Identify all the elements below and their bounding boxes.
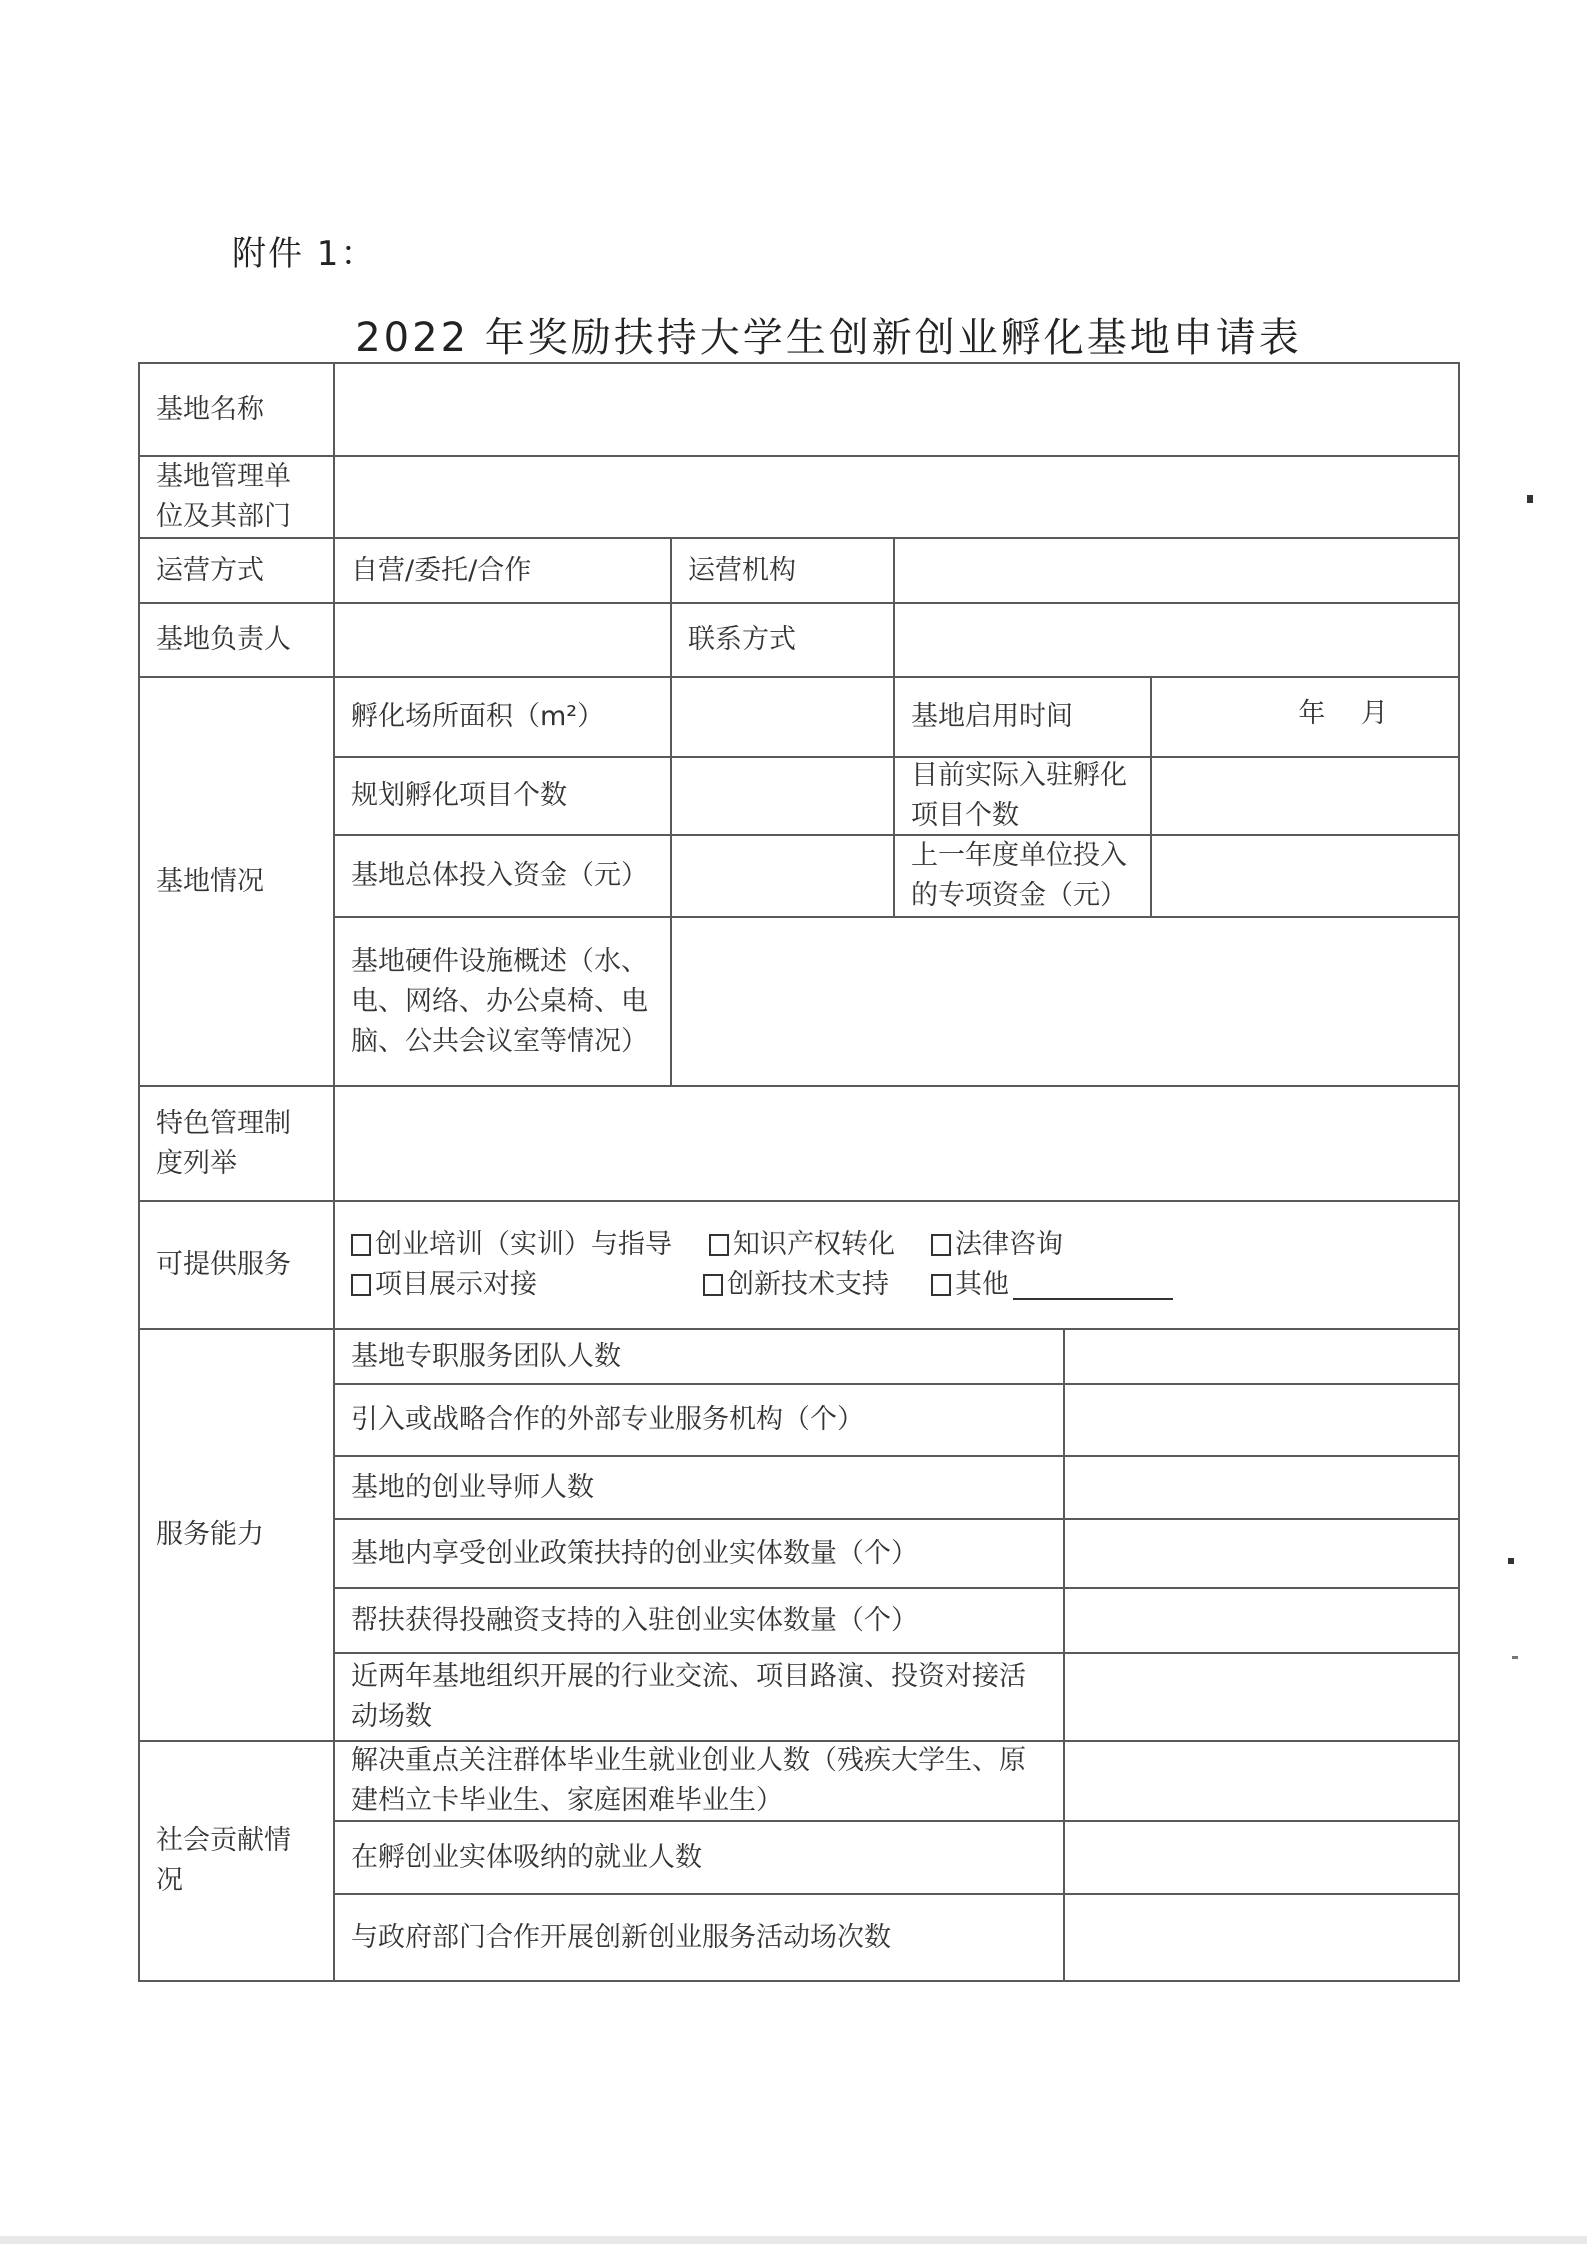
management-system-label: 特色管理制度列举 (138, 1085, 335, 1202)
service-option-training[interactable]: 创业培训（实训）与指导 (351, 1225, 709, 1265)
capability-item-label: 基地专职服务团队人数 (333, 1328, 1065, 1385)
capability-item-field[interactable] (1063, 1518, 1460, 1589)
operation-mode-field[interactable]: 自营/委托/合作 (333, 537, 672, 604)
service-option-ip-transfer[interactable]: 知识产权转化 (709, 1225, 931, 1265)
checkbox-icon[interactable] (709, 1234, 729, 1256)
application-form-table: 基地名称 基地管理单位及其部门 运营方式 自营/委托/合作 运营机构 基地负责人… (0, 0, 1587, 2244)
operation-org-field[interactable] (893, 537, 1460, 604)
capability-item-label: 近两年基地组织开展的行业交流、项目路演、投资对接活动场数 (333, 1652, 1065, 1742)
capability-item-label: 基地内享受创业政策扶持的创业实体数量（个） (333, 1518, 1065, 1589)
leader-field[interactable] (333, 602, 672, 678)
service-option-project-showcase[interactable]: 项目展示对接 (351, 1265, 703, 1305)
checkbox-icon[interactable] (703, 1274, 723, 1296)
social-contribution-section-label: 社会贡献情况 (138, 1740, 335, 1982)
other-service-input[interactable] (1013, 1270, 1173, 1300)
contribution-item-label: 在孵创业实体吸纳的就业人数 (333, 1820, 1065, 1895)
service-option-legal[interactable]: 法律咨询 (931, 1225, 1063, 1265)
capability-item-field[interactable] (1063, 1652, 1460, 1742)
contribution-item-field[interactable] (1063, 1820, 1460, 1895)
last-year-fund-field[interactable] (1150, 834, 1460, 918)
checkbox-icon[interactable] (351, 1274, 371, 1296)
start-time-field[interactable]: 年 月 (1150, 676, 1460, 758)
leader-label: 基地负责人 (138, 602, 335, 678)
total-investment-label: 基地总体投入资金（元） (333, 834, 672, 918)
area-label: 孵化场所面积（m²） (333, 676, 672, 758)
total-investment-field[interactable] (670, 834, 895, 918)
scan-bottom-edge (0, 2236, 1587, 2244)
services-row-2: 项目展示对接 创新技术支持 其他 (351, 1265, 1173, 1305)
capability-item-field[interactable] (1063, 1328, 1460, 1385)
hardware-label: 基地硬件设施概述（水、电、网络、办公桌椅、电脑、公共会议室等情况） (333, 916, 672, 1087)
capability-item-field[interactable] (1063, 1383, 1460, 1457)
capability-item-field[interactable] (1063, 1587, 1460, 1654)
operation-mode-label: 运营方式 (138, 537, 335, 604)
service-option-tech-support[interactable]: 创新技术支持 (703, 1265, 931, 1305)
planned-projects-field[interactable] (670, 756, 895, 836)
services-row-1: 创业培训（实训）与指导 知识产权转化 法律咨询 (351, 1225, 1063, 1265)
scan-artifact-mark (1527, 495, 1533, 503)
scan-artifact-mark (1508, 1558, 1514, 1564)
checkbox-icon[interactable] (931, 1234, 951, 1256)
checkbox-icon[interactable] (351, 1234, 371, 1256)
base-name-label: 基地名称 (138, 362, 335, 457)
service-option-other[interactable]: 其他 (931, 1265, 1173, 1305)
management-system-field[interactable] (333, 1085, 1460, 1202)
actual-projects-field[interactable] (1150, 756, 1460, 836)
capability-item-field[interactable] (1063, 1455, 1460, 1520)
contribution-item-label: 与政府部门合作开展创新创业服务活动场次数 (333, 1893, 1065, 1982)
contact-field[interactable] (893, 602, 1460, 678)
capability-item-label: 帮扶获得投融资支持的入驻创业实体数量（个） (333, 1587, 1065, 1654)
contribution-item-label: 解决重点关注群体毕业生就业创业人数（残疾大学生、原建档立卡毕业生、家庭困难毕业生… (333, 1740, 1065, 1822)
capability-item-label: 基地的创业导师人数 (333, 1455, 1065, 1520)
area-field[interactable] (670, 676, 895, 758)
last-year-fund-label: 上一年度单位投入的专项资金（元） (893, 834, 1152, 918)
services-options: 创业培训（实训）与指导 知识产权转化 法律咨询 项目展示对接 创新技术支持 (333, 1200, 1460, 1330)
operation-org-label: 运营机构 (670, 537, 895, 604)
contribution-item-field[interactable] (1063, 1740, 1460, 1822)
services-label: 可提供服务 (138, 1200, 335, 1330)
base-name-field[interactable] (333, 362, 1460, 457)
capability-item-label: 引入或战略合作的外部专业服务机构（个） (333, 1383, 1065, 1457)
management-unit-label: 基地管理单位及其部门 (138, 455, 335, 539)
hardware-field[interactable] (670, 916, 1460, 1087)
base-situation-section-label: 基地情况 (138, 676, 335, 1087)
checkbox-icon[interactable] (931, 1274, 951, 1296)
management-unit-field[interactable] (333, 455, 1460, 539)
scan-artifact-mark (1512, 1656, 1518, 1659)
planned-projects-label: 规划孵化项目个数 (333, 756, 672, 836)
service-capability-section-label: 服务能力 (138, 1328, 335, 1742)
contact-label: 联系方式 (670, 602, 895, 678)
contribution-item-field[interactable] (1063, 1893, 1460, 1982)
start-time-label: 基地启用时间 (893, 676, 1152, 758)
actual-projects-label: 目前实际入驻孵化项目个数 (893, 756, 1152, 836)
